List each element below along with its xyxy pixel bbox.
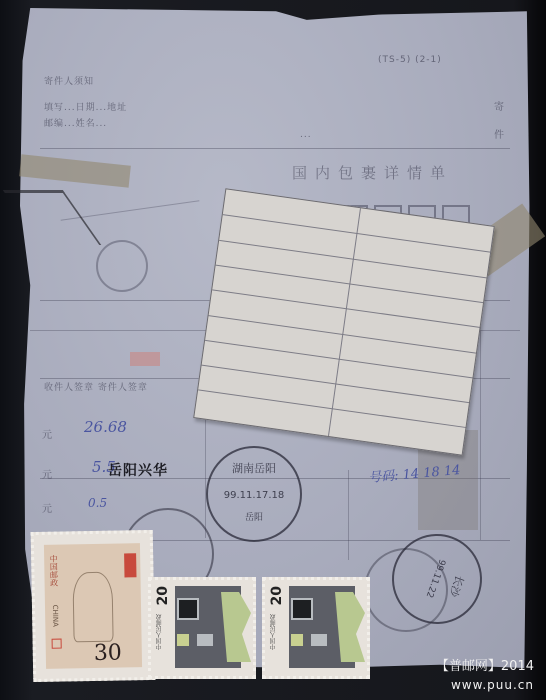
postage-stamp-20: 20 中国人民邮政 [262, 577, 370, 679]
form-instruction-line: ... [300, 130, 312, 140]
watermark-site: 【普邮网】2014 [436, 655, 534, 674]
row-label: 元 [42, 426, 53, 441]
stamp-country: 中国邮政 [48, 555, 60, 587]
postmark-bottom: 岳阳 [208, 510, 300, 523]
house-window [311, 634, 327, 646]
red-ink-mark [130, 352, 160, 366]
house-window [177, 634, 189, 646]
row-label: 元 [42, 500, 53, 515]
form-rule [40, 148, 510, 149]
form-instruction-line: 寄件人须知 [44, 74, 94, 87]
row-label: 元 [42, 466, 53, 481]
postmark-place: 湖南岳阳 [208, 460, 300, 476]
postmark-yueyang: 湖南岳阳 99.11.17.18 岳阳 [206, 446, 302, 542]
form-column-rule [480, 300, 481, 540]
stamp-country: 中国人民邮政 [155, 614, 164, 650]
postage-stamp-20: 20 中国人民邮政 [148, 577, 256, 679]
stamp-value: 20 [269, 586, 285, 605]
stamp-value: 20 [155, 586, 171, 605]
label-divider [328, 208, 361, 436]
form-title: 国内包裹详情单 [292, 162, 453, 183]
form-header-codes: (TS-5) (2-1) [378, 55, 442, 65]
figure-drawing [72, 572, 113, 643]
form-column-rule [348, 470, 349, 560]
house-door [177, 598, 199, 620]
stamp-value: 30 [94, 641, 122, 666]
stamp-country-latin: CHINA [51, 605, 59, 627]
postage-stamp-30: 中国邮政 CHINA 30 [31, 530, 156, 682]
handwritten-amount: 26.68 [84, 418, 127, 436]
faded-postmark [96, 240, 148, 292]
form-instruction-line: 邮编...姓名... [44, 116, 107, 129]
form-instruction-line: 填写...日期...地址 [44, 100, 127, 113]
form-field-caption: 收件人签章 寄件人签章 [44, 380, 148, 393]
ruled-label-sheet [193, 188, 495, 456]
postmark-date: 99.11.17.18 [208, 490, 300, 501]
house-door [291, 598, 313, 620]
handwritten-amount: 0.5 [88, 496, 107, 510]
red-seal [52, 639, 62, 649]
house-window [291, 634, 303, 646]
red-seal [124, 553, 136, 577]
watermark-url: www.puu.cn [451, 678, 534, 692]
form-side-label: 寄 [494, 98, 505, 113]
stamp-country: 中国人民邮政 [269, 614, 278, 650]
form-side-label: 件 [494, 126, 505, 141]
house-window [197, 634, 213, 646]
postmark-faint [364, 548, 448, 632]
sender-chop: 岳阳兴华 [108, 460, 168, 480]
